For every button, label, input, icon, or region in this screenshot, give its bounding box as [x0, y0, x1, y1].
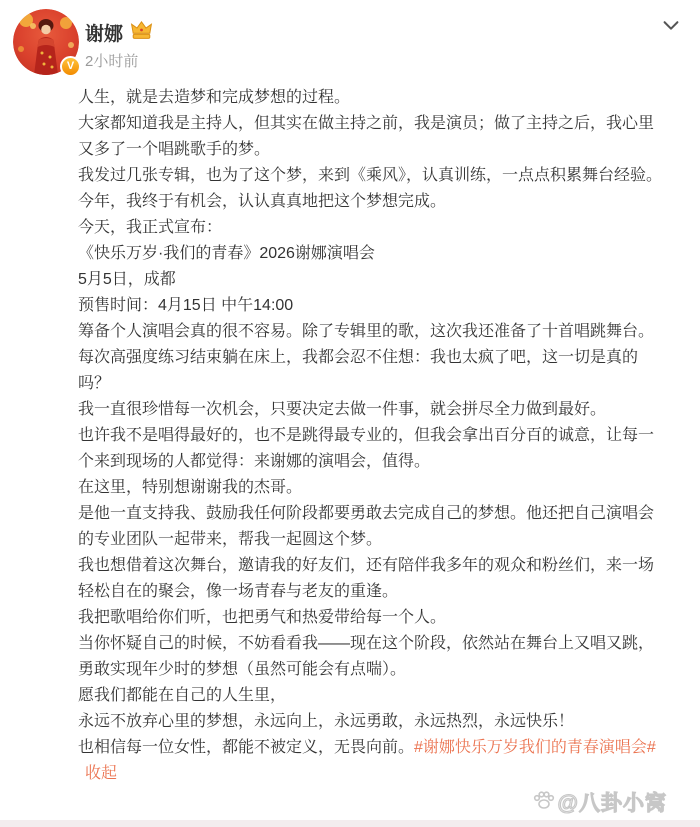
post-paragraph: 筹备个人演唱会真的很不容易。除了专辑里的歌，这次我还准备了十首唱跳舞台。: [78, 319, 667, 345]
avatar[interactable]: V: [13, 9, 79, 75]
weibo-post-screen: V 谢娜 2小时前 人生，就是去造梦和完成梦想的过程。 大家都知道我是主持人，但…: [0, 0, 700, 827]
post-paragraph: 也相信每一位女性，都能不被定义，无畏向前。#谢娜快乐万岁我们的青春演唱会#收起: [78, 735, 667, 787]
verified-badge-icon: V: [60, 56, 81, 77]
post-paragraph: 我把歌唱给你们听，也把勇气和热爱带给每一个人。: [78, 605, 667, 631]
post-paragraph: 我一直很珍惜每一次机会，只要决定去做一件事，就会拼尽全力做到最好。: [78, 397, 667, 423]
watermark-text: @八卦小窝: [558, 787, 667, 817]
post-paragraph: 也许我不是唱得最好的，也不是跳得最专业的，但我会拿出百分百的诚意，让每一个来到现…: [78, 423, 667, 475]
post-paragraph: 在这里，特别想谢谢我的杰哥。: [78, 475, 667, 501]
post-paragraph: 大家都知道我是主持人，但其实在做主持之前，我是演员；做了主持之后，我心里又多了一…: [78, 111, 667, 163]
paw-icon: [532, 788, 556, 817]
post-paragraph: 5月5日，成都: [78, 267, 667, 293]
post-paragraph: 愿我们都能在自己的人生里，: [78, 683, 667, 709]
post-paragraph: 人生，就是去造梦和完成梦想的过程。: [78, 85, 667, 111]
collapse-link[interactable]: 收起: [85, 765, 117, 782]
post-content: 人生，就是去造梦和完成梦想的过程。 大家都知道我是主持人，但其实在做主持之前，我…: [78, 85, 667, 787]
post-paragraph: 当你怀疑自己的时候，不妨看看我——现在这个阶段，依然站在舞台上又唱又跳，勇敢实现…: [78, 631, 667, 683]
post-paragraph: 今年，我终于有机会，认认真真地把这个梦想完成。: [78, 189, 667, 215]
post-paragraph: 永远不放弃心里的梦想，永远向上，永远勇敢，永远热烈，永远快乐！: [78, 709, 667, 735]
chevron-down-icon[interactable]: [660, 14, 682, 36]
post-timestamp: 2小时前: [85, 50, 138, 71]
watermark: @八卦小窝: [532, 787, 667, 817]
post-paragraph: 我也想借着这次舞台，邀请我的好友们，还有陪伴我多年的观众和粉丝们，来一场轻松自在…: [78, 553, 667, 605]
post-paragraph: 是他一直支持我、鼓励我任何阶段都要勇敢去完成自己的梦想。他还把自己演唱会的专业团…: [78, 501, 667, 553]
bottom-divider: [0, 820, 700, 827]
post-paragraph: 我发过几张专辑，也为了这个梦，来到《乘风》，认真训练，一点点积累舞台经验。: [78, 163, 667, 189]
post-header: V 谢娜 2小时前: [0, 0, 700, 80]
vip-crown-icon: [130, 20, 153, 46]
post-paragraph: 每次高强度练习结束躺在床上，我都会忍不住想：我也太疯了吧，这一切是真的吗？: [78, 345, 667, 397]
author-name[interactable]: 谢娜: [85, 19, 123, 46]
hashtag-link[interactable]: #谢娜快乐万岁我们的青春演唱会#: [414, 739, 656, 756]
closing-text: 也相信每一位女性，都能不被定义，无畏向前。: [78, 739, 414, 756]
post-paragraph: 今天，我正式宣布：: [78, 215, 667, 241]
post-paragraph: 预售时间：4月15日 中午14:00: [78, 293, 667, 319]
post-paragraph: 《快乐万岁·我们的青春》2026谢娜演唱会: [78, 241, 667, 267]
